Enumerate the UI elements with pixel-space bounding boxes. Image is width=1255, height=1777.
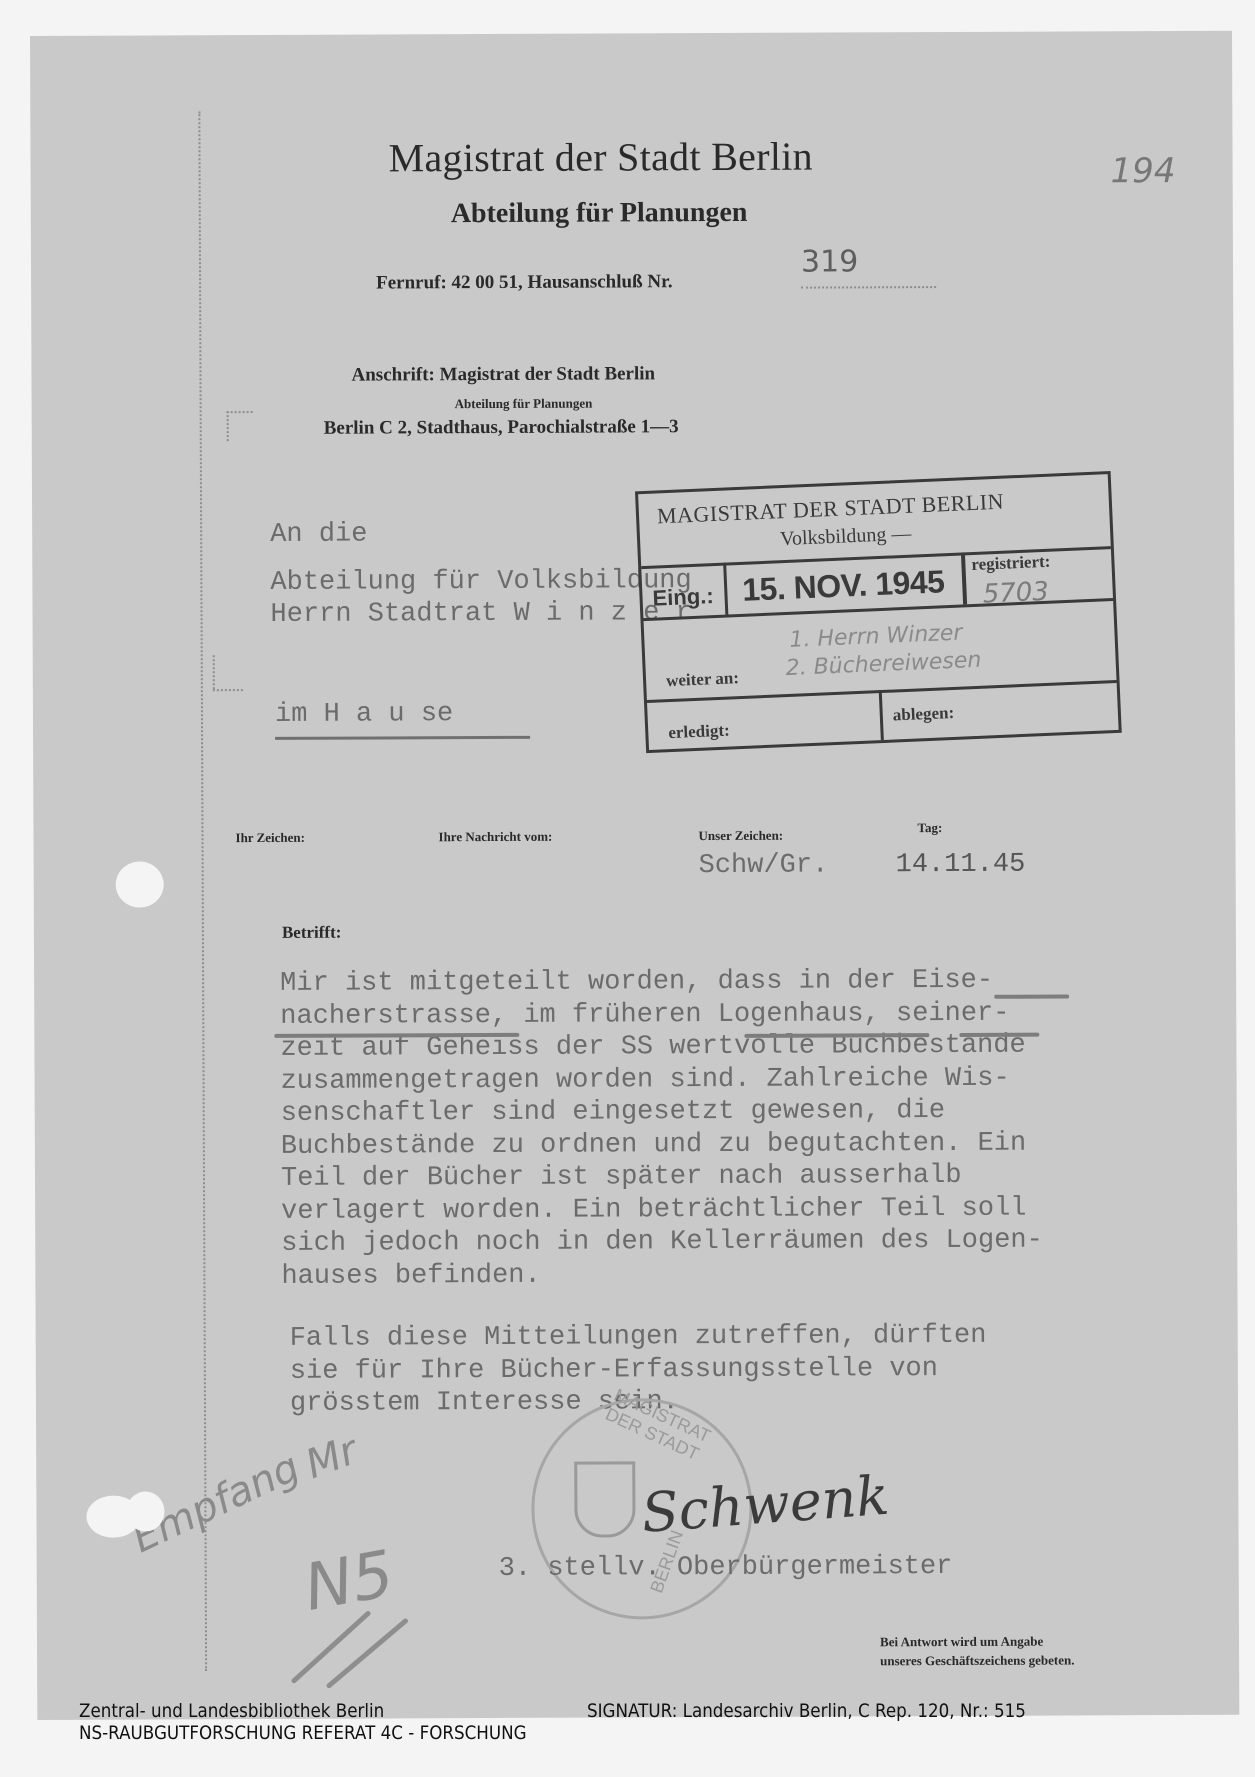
your-ref-label: Ihr Zeichen: <box>235 830 305 846</box>
stamp-subheader: Volksbildung — <box>780 523 912 552</box>
handwritten-stroke <box>326 1617 409 1689</box>
recipient-line-2: Abteilung für Volksbildung <box>270 565 691 600</box>
our-ref-label: Unser Zeichen: <box>698 828 783 844</box>
fold-guide-line <box>198 111 207 1671</box>
phone-line: Fernruf: 42 00 51, Hausanschluß Nr. <box>376 271 673 294</box>
archive-signature: SIGNATUR: Landesarchiv Berlin, C Rep. 12… <box>587 1700 1026 1722</box>
archive-department: NS-RAUBGUTFORSCHUNG REFERAT 4C - FORSCHU… <box>79 1722 527 1744</box>
punch-hole <box>126 1491 164 1531</box>
handwritten-annotation-1: Mr <box>300 1427 364 1488</box>
stamp-forward-note-1: 1. Herrn Winzer <box>789 621 963 653</box>
our-ref-value: Schw/Gr. <box>699 851 829 882</box>
archive-library: Zentral- und Landesbibliothek Berlin <box>79 1700 384 1722</box>
receipt-stamp: MAGISTRAT DER STADT BERLIN Volksbildung … <box>635 471 1122 753</box>
address-window-corner-top <box>227 411 253 413</box>
stamp-registered-label: registriert: <box>971 552 1051 575</box>
letter-page: Magistrat der Stadt Berlin Abteilung für… <box>30 31 1239 1720</box>
recipient-line-4: im H a u se <box>275 698 453 732</box>
address-line-2: Abteilung für Planungen <box>455 396 593 413</box>
date-label: Tag: <box>917 820 942 836</box>
footnote: Bei Antwort wird um Angabe unseres Gesch… <box>880 1631 1075 1670</box>
signatory-title: 3. stellv. Oberbürgermeister <box>499 1552 953 1584</box>
subject-label: Betrifft: <box>282 923 342 943</box>
recipient-underline <box>275 736 530 740</box>
handwritten-underline <box>744 1033 929 1038</box>
address-line-1: Anschrift: Magistrat der Stadt Berlin <box>351 363 655 386</box>
letterhead-department: Abteilung für Planungen <box>451 197 748 230</box>
address-window-corner-bottom-left <box>213 655 215 689</box>
address-window-corner-left <box>227 411 229 441</box>
stamp-divider <box>879 690 884 740</box>
punch-hole <box>116 861 164 907</box>
stamp-header: MAGISTRAT DER STADT BERLIN <box>657 489 1005 530</box>
stamp-done-label: erledigt: <box>668 721 730 744</box>
stamp-divider <box>723 563 728 615</box>
extension-number: 319 <box>801 244 858 279</box>
stamp-forward-note-2: 2. Büchereiwesen <box>785 648 982 681</box>
footnote-line-2: unseres Geschäftszeichens gebeten. <box>880 1650 1074 1670</box>
stamp-received-date: 15. NOV. 1945 <box>742 563 946 609</box>
body-paragraph-1: Mir ist mitgeteilt worden, dass in der E… <box>280 965 1043 1293</box>
handwritten-annotation-3: N5 <box>299 1537 399 1626</box>
stamp-file-label: ablegen: <box>892 703 954 726</box>
address-window-corner-bottom <box>213 689 243 691</box>
page-number-handwritten: 194 <box>1111 151 1176 191</box>
recipient-line-3: Herrn Stadtrat W i n z e r <box>270 597 691 632</box>
address-line-3: Berlin C 2, Stadthaus, Parochialstraße 1… <box>324 416 679 440</box>
date-value: 14.11.45 <box>896 850 1026 881</box>
extension-dotted-line <box>801 286 936 289</box>
handwritten-underline <box>994 994 1069 998</box>
recipient-line-1: An die <box>270 519 367 552</box>
handwritten-underline <box>959 1033 1039 1037</box>
stamp-divider <box>961 552 967 604</box>
berlin-coat-of-arms-icon <box>574 1461 635 1537</box>
footnote-line-1: Bei Antwort wird um Angabe <box>880 1631 1074 1651</box>
stamp-forward-label: weiter an: <box>666 668 740 691</box>
your-message-label: Ihre Nachricht vom: <box>438 829 552 845</box>
stamp-received-label: Eing.: <box>652 583 714 612</box>
letterhead-title: Magistrat der Stadt Berlin <box>388 133 813 182</box>
